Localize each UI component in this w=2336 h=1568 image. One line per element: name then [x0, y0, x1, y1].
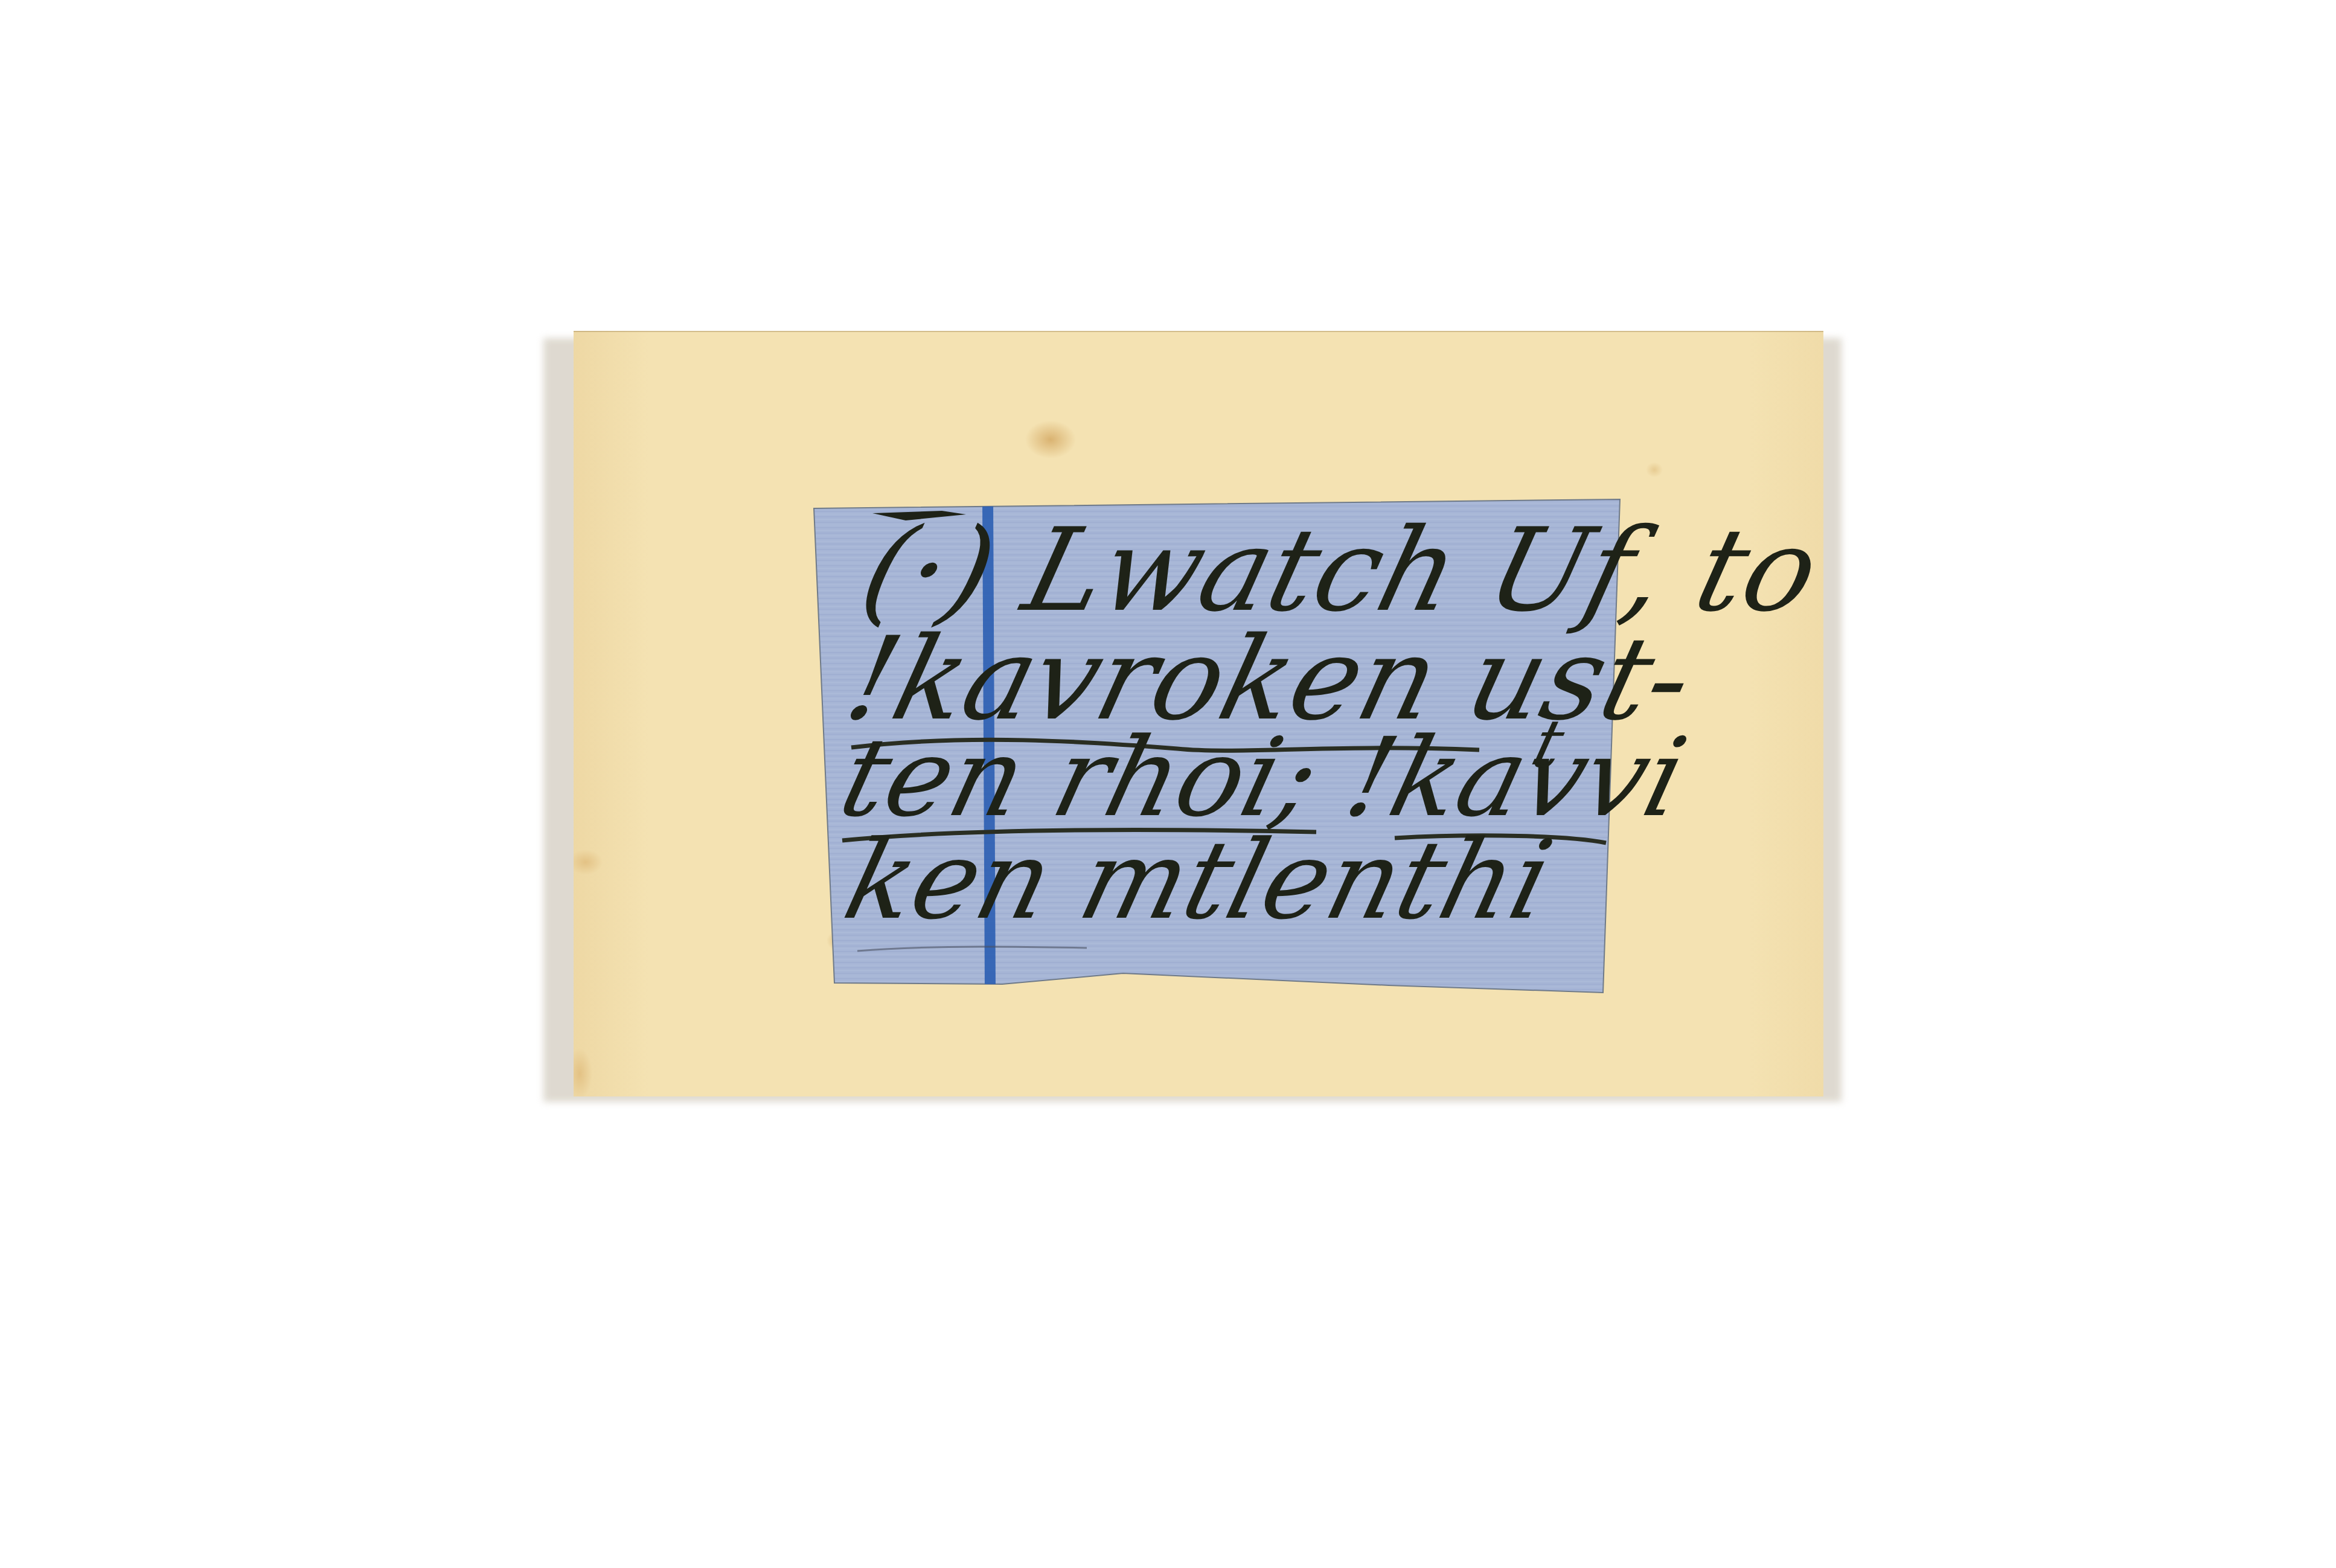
note-slip: (·) Lwatch Uf, to !kavroken ust- ten rho… [0, 0, 2336, 1568]
handwriting-line-4: ken mtlenthi [833, 818, 1564, 944]
photograph: (·) Lwatch Uf, to !kavroken ust- ten rho… [0, 0, 2336, 1568]
